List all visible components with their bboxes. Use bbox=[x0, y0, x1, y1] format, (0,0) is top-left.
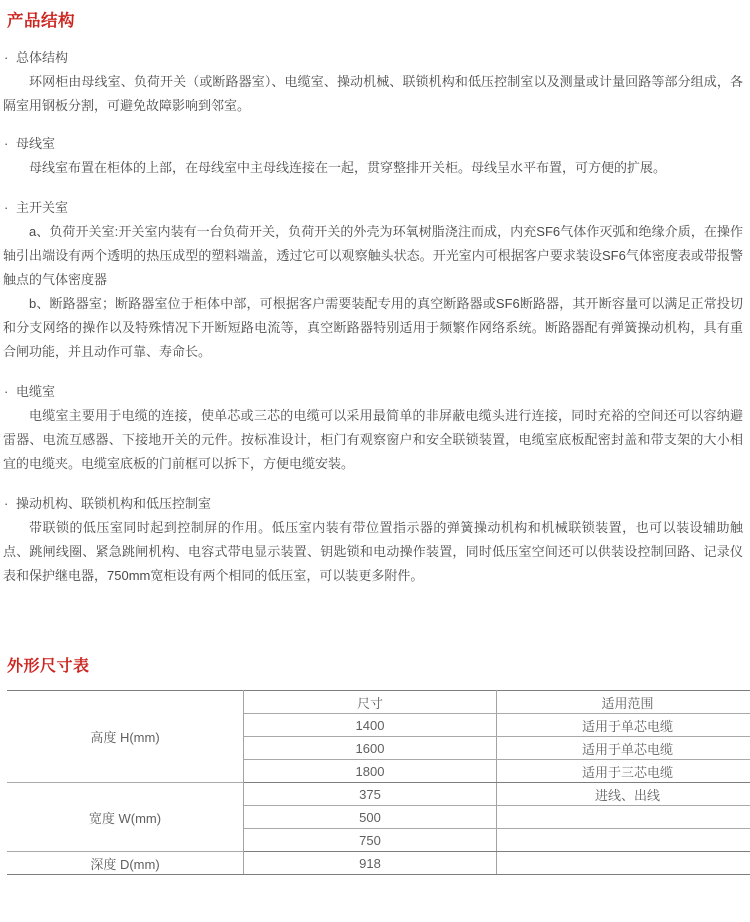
section-heading-label: 电缆室 bbox=[16, 384, 55, 399]
paragraph: 母线室布置在柜体的上部，在母线室中主母线连接在一起，贯穿整排开关柜。母线呈水平布… bbox=[3, 156, 745, 180]
size-cell: 1400 bbox=[244, 714, 497, 737]
range-cell: 适用于单芯电缆 bbox=[497, 714, 750, 737]
size-cell: 1800 bbox=[244, 760, 497, 783]
bullet-marker: · bbox=[4, 492, 16, 516]
section-heading-label: 母线室 bbox=[16, 136, 55, 151]
column-header-size: 尺寸 bbox=[244, 691, 497, 714]
bullet-marker: · bbox=[4, 132, 16, 156]
row-group-label-width: 宽度 W(mm) bbox=[7, 783, 244, 852]
page-title: 产品结构 bbox=[7, 10, 745, 32]
column-header-range: 适用范围 bbox=[497, 691, 750, 714]
section-cable-compartment: ·电缆室 电缆室主要用于电缆的连接，使单芯或三芯的电缆可以采用最简单的非屏蔽电缆… bbox=[3, 380, 745, 476]
size-cell: 918 bbox=[244, 852, 497, 875]
paragraph: 环网柜由母线室、负荷开关（或断路器室）、电缆室、操动机械、联锁机构和低压控制室以… bbox=[3, 70, 745, 118]
bullet-marker: · bbox=[4, 380, 16, 404]
size-cell: 375 bbox=[244, 783, 497, 806]
range-cell bbox=[497, 829, 750, 852]
section-heading-cable-compartment: ·电缆室 bbox=[3, 380, 745, 404]
paragraph: 带联锁的低压室同时起到控制屏的作用。低压室内装有带位置指示器的弹簧操动机构和机械… bbox=[3, 516, 745, 588]
table-row: 宽度 W(mm) 375 进线、出线 bbox=[7, 783, 750, 806]
table-row: 深度 D(mm) 918 bbox=[7, 852, 750, 875]
section-heading-overall-structure: ·总体结构 bbox=[3, 46, 745, 70]
section-operating-mechanism: ·操动机构、联锁机构和低压控制室 带联锁的低压室同时起到控制屏的作用。低压室内装… bbox=[3, 492, 745, 588]
page-body: { "page": { "title": "产品结构", "bullet": "… bbox=[0, 0, 750, 922]
range-cell bbox=[497, 806, 750, 829]
section-heading-main-switch-compartment: ·主开关室 bbox=[3, 196, 745, 220]
range-cell: 适用于单芯电缆 bbox=[497, 737, 750, 760]
section-heading-label: 主开关室 bbox=[16, 200, 68, 215]
section-heading-busbar-compartment: ·母线室 bbox=[3, 132, 745, 156]
paragraph: a、负荷开关室:开关室内装有一台负荷开关，负荷开关的外壳为环氧树脂浇注而成，内充… bbox=[3, 220, 745, 292]
paragraph: 电缆室主要用于电缆的连接，使单芯或三芯的电缆可以采用最简单的非屏蔽电缆头进行连接… bbox=[3, 404, 745, 476]
size-cell: 750 bbox=[244, 829, 497, 852]
bullet-marker: · bbox=[4, 46, 16, 70]
dimension-table: 高度 H(mm) 尺寸 适用范围 1400 适用于单芯电缆 1600 适用于单芯… bbox=[7, 690, 750, 875]
paragraph: b、断路器室；断路器室位于柜体中部，可根据客户需要装配专用的真空断路器或SF6断… bbox=[3, 292, 745, 364]
bullet-marker: · bbox=[4, 196, 16, 220]
section-heading-operating-mechanism: ·操动机构、联锁机构和低压控制室 bbox=[3, 492, 745, 516]
section-overall-structure: ·总体结构 环网柜由母线室、负荷开关（或断路器室）、电缆室、操动机械、联锁机构和… bbox=[3, 46, 745, 118]
section-heading-label: 总体结构 bbox=[16, 50, 68, 65]
section-main-switch-compartment: ·主开关室 a、负荷开关室:开关室内装有一台负荷开关，负荷开关的外壳为环氧树脂浇… bbox=[3, 196, 745, 364]
table-header-row: 高度 H(mm) 尺寸 适用范围 bbox=[7, 691, 750, 714]
product-structure-document: 产品结构 ·总体结构 环网柜由母线室、负荷开关（或断路器室）、电缆室、操动机械、… bbox=[0, 0, 750, 875]
range-cell: 适用于三芯电缆 bbox=[497, 760, 750, 783]
row-group-label-height: 高度 H(mm) bbox=[7, 691, 244, 783]
row-group-label-depth: 深度 D(mm) bbox=[7, 852, 244, 875]
dimension-table-title: 外形尺寸表 bbox=[7, 656, 745, 678]
range-cell: 进线、出线 bbox=[497, 783, 750, 806]
size-cell: 500 bbox=[244, 806, 497, 829]
size-cell: 1600 bbox=[244, 737, 497, 760]
section-busbar-compartment: ·母线室 母线室布置在柜体的上部，在母线室中主母线连接在一起，贯穿整排开关柜。母… bbox=[3, 132, 745, 180]
range-cell bbox=[497, 852, 750, 875]
section-heading-label: 操动机构、联锁机构和低压控制室 bbox=[16, 496, 211, 511]
